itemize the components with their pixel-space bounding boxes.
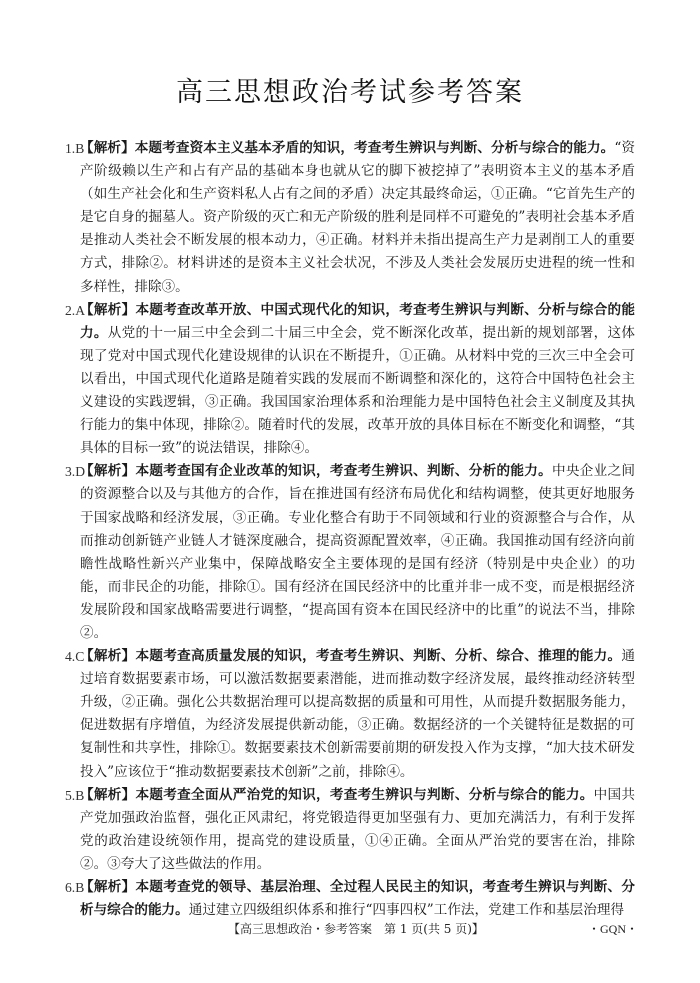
answer-body: 通过建立四级组织体系和推行“四事四权”工作法，党建工作和基层治理得 — [189, 902, 624, 918]
answer-lead: 【解析】本题考查高质量发展的知识，考查考生辨识、判断、分析、综合、推理的能力。 — [80, 648, 621, 664]
page-number-label: 【高三思想政治・参考答案 第 1 页(共 5 页)】 — [228, 920, 484, 937]
answer-number: 5.B — [65, 784, 84, 807]
page-title: 高三思想政治考试参考答案 — [0, 70, 700, 109]
answer-lead: 【解析】本题考查全面从严治党的知识，考查考生辨识与判断、分析与综合的能力。 — [80, 787, 594, 803]
answer-number: 1.B — [65, 137, 84, 160]
answer-body: “资产阶级赖以生产和占有产品的基础本身也就从它的脚下被挖掉了”表明资本主义的基本… — [80, 140, 635, 295]
answer-item-3: 3.D【解析】本题考查国有企业改革的知识，考查考生辨识、判断、分析的能力。中央企… — [65, 460, 635, 645]
answer-number: 2.A — [65, 299, 85, 322]
answer-body: 中央企业之间的资源整合以及与其他方的合作，旨在推进国有经济布局优化和结构调整，使… — [80, 463, 635, 641]
answer-item-1: 1.B【解析】本题考查资本主义基本矛盾的知识，考查考生辨识与判断、分析与综合的能… — [65, 137, 635, 299]
answer-item-4: 4.C【解析】本题考查高质量发展的知识，考查考生辨识、判断、分析、综合、推理的能… — [65, 645, 635, 784]
answer-list: 1.B【解析】本题考查资本主义基本矛盾的知识，考查考生辨识与判断、分析与综合的能… — [65, 137, 635, 922]
answer-number: 6.B — [65, 876, 84, 899]
answer-item-6: 6.B【解析】本题考查党的领导、基层治理、全过程人民民主的知识，考查考生辨识与判… — [65, 876, 635, 922]
answer-number: 4.C — [65, 645, 84, 668]
answer-lead: 【解析】本题考查国有企业改革的知识，考查考生辨识、判断、分析的能力。 — [80, 463, 552, 479]
answer-body: 从党的十一届三中全会到二十届三中全会，党不断深化改革，提出新的规划部署，这体现了… — [80, 325, 635, 456]
answer-lead: 【解析】本题考查资本主义基本矛盾的知识，考查考生辨识与判断、分析与综合的能力。 — [80, 140, 614, 156]
answer-body: 通过培育数据要素市场，可以激活数据要素潜能，进而推动数字经济发展，最终推动经济转… — [80, 648, 635, 779]
document-code: ・GQN・ — [588, 920, 638, 937]
answer-number: 3.D — [65, 460, 85, 483]
answer-item-2: 2.A【解析】本题考查改革开放、中国式现代化的知识，考查考生辨识与判断、分析与综… — [65, 299, 635, 461]
answer-item-5: 5.B【解析】本题考查全面从严治党的知识，考查考生辨识与判断、分析与综合的能力。… — [65, 784, 635, 876]
